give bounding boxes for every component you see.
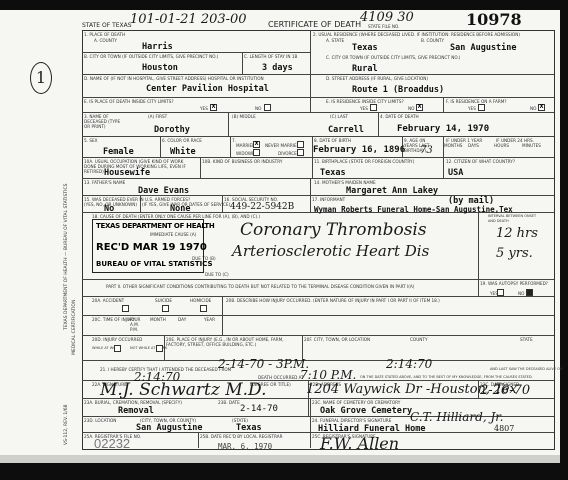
marital-never-label: Never Married (265, 143, 300, 148)
residence-inside-yes-label: YES (360, 106, 368, 111)
hospital-label: d. NAME OF (If not in hospital, give str… (84, 76, 264, 81)
last-saw-label: and last saw the deceased alive on (490, 367, 563, 371)
degree-label: (Degree or title) (250, 382, 291, 387)
page-edge (0, 455, 560, 463)
interval-label: INTERVAL BETWEEN ONSET AND DEATH (488, 214, 538, 224)
certificate-number: 10978 (466, 10, 522, 29)
funeral-director-label: 24. FUNERAL DIRECTOR'S SIGNATURE (312, 418, 391, 423)
handwritten-code: 101-01-21 203-00 (130, 12, 247, 27)
injury-state-label: STATE (520, 337, 533, 342)
location-state-value: Texas (236, 423, 262, 433)
department-side-label: TEXAS DEPARTMENT OF HEALTH — BUREAU OF V… (64, 184, 69, 330)
marital-widowed-checkbox[interactable] (253, 149, 260, 156)
burial-date-label: 23b. DATE (218, 400, 240, 405)
birthplace-label: 11. BIRTHPLACE (State or foreign country… (314, 159, 414, 164)
stamp-department: TEXAS DEPARTMENT OF HEALTH (96, 222, 214, 230)
death-inside-yes-checkbox[interactable]: X (210, 104, 217, 111)
residence-inside-no-checkbox[interactable]: X (416, 104, 423, 111)
mother-label: 14. MOTHER'S MAIDEN NAME (314, 180, 376, 185)
length-of-stay-label: c. LENGTH OF STAY IN 1b (244, 54, 297, 59)
name-of-deceased-label: 3. NAME OF DECEASED (Type or print) (84, 114, 124, 129)
homicide-checkbox[interactable] (200, 305, 207, 312)
race-label: 6. COLOR OR RACE (162, 138, 202, 143)
mother-value: Margaret Ann Lakey (346, 186, 438, 196)
residence-city-value: Rural (352, 64, 378, 74)
death-inside-city-label: e. IS PLACE OF DEATH INSIDE CITY LIMITS? (84, 99, 174, 104)
residence-inside-no-label: NO (408, 106, 414, 111)
due-to-c-label: DUE TO (c) (205, 272, 229, 277)
date-signed-value: 2-26-70 (480, 383, 530, 398)
attended-from-value: 2-14-70 - 3P.M. (218, 357, 309, 371)
form-number-label: VS-112, REV. 1/68 (64, 405, 69, 445)
received-stamp: TEXAS DEPARTMENT OF HEALTH REC'D MAR 19 … (92, 219, 204, 273)
registrar-file-value: 02232 (94, 436, 130, 451)
injury-city-label: 20f. CITY, TOWN, OR LOCATION (304, 337, 370, 342)
ssn-value: 449-22-5942B (230, 202, 294, 212)
stamp-bureau: BUREAU OF VITAL STATISTICS (96, 260, 213, 268)
day-label: Day (178, 317, 186, 322)
dob-value: February 16, 1896 (313, 145, 405, 155)
accident-label: 20a. ACCIDENT (92, 298, 124, 303)
date-recd-value: MAR. 6, 1970 (218, 442, 272, 451)
residence-inside-yes-checkbox[interactable] (370, 104, 377, 111)
death-county-value: Harris (142, 42, 173, 52)
armed-dates-value: None (170, 204, 190, 214)
funeral-home-value: Hilliard Funeral Home (318, 424, 425, 434)
residence-city-label: c. CITY OR TOWN (If outside city limits,… (326, 55, 460, 60)
circled-page-number: 1 (30, 62, 52, 94)
sex-label: 5. SEX (84, 138, 98, 143)
injury-occurred-label: 20d. INJURY OCCURRED (92, 337, 142, 342)
county-label: a. COUNTY (94, 38, 117, 43)
funeral-license-number: 4807 (494, 424, 514, 433)
state-file-handwritten: 4109 30 (360, 10, 414, 25)
residence-county-label: b. COUNTY (421, 38, 444, 43)
marital-married-checkbox[interactable]: X (253, 141, 260, 148)
injury-county-label: COUNTY (410, 337, 428, 342)
death-inside-no-label: NO (255, 106, 261, 111)
death-inside-no-checkbox[interactable] (264, 104, 271, 111)
due-to-b-interval-value: 5 yrs. (496, 246, 533, 261)
middle-name-label: (b) Middle (232, 114, 256, 119)
farm-yes-label: YES (468, 106, 476, 111)
place-of-death-label: 1. PLACE OF DEATH (84, 32, 125, 37)
date-of-death-label: 4. DATE OF DEATH (380, 114, 419, 119)
burial-location-label: 23d. LOCATION (84, 418, 116, 423)
residence-state-value: Texas (352, 43, 378, 53)
residence-inside-city-label: e. IS RESIDENCE INSIDE CITY LIMITS? (326, 99, 404, 104)
death-inside-yes-label: YES (200, 106, 208, 111)
residence-state-label: a. STATE (326, 38, 344, 43)
residence-street-label: d. STREET ADDRESS (If rural, give locati… (326, 76, 428, 81)
residence-street-value: Route 1 (Broaddus) (352, 85, 444, 95)
due-to-b-value: Arteriosclerotic Heart Dis (232, 242, 429, 260)
physician-signature: M.J. Schwartz M.D. (100, 380, 266, 400)
immediate-cause-value: Coronary Thrombosis (240, 220, 427, 240)
under-1-days-label: Days (468, 143, 479, 148)
marital-divorced-checkbox[interactable] (297, 149, 304, 156)
accident-checkbox[interactable] (122, 305, 129, 312)
length-of-stay-value: 3 days (262, 63, 293, 73)
informant-value: Wyman Roberts Funeral Home-San Augustine… (314, 205, 513, 214)
death-city-label: b. CITY OR TOWN (If outside city limits,… (84, 54, 218, 59)
autopsy-label: 19. WAS AUTOPSY PERFORMED? (480, 281, 550, 286)
funeral-director-signature: C.T. Hilliard, Jr. (410, 410, 504, 424)
year-label: Year (204, 317, 215, 322)
autopsy-no-checkbox[interactable] (526, 289, 533, 296)
suicide-checkbox[interactable] (162, 305, 169, 312)
not-while-at-work-checkbox[interactable] (156, 345, 163, 352)
residence-county-value: San Augustine (450, 43, 517, 53)
citizen-value: USA (448, 168, 463, 178)
under-24-minutes-label: Minutes (522, 143, 541, 148)
autopsy-yes-checkbox[interactable] (497, 289, 504, 296)
marital-never-checkbox[interactable] (297, 141, 304, 148)
business-label: 10b. KIND OF BUSINESS OR INDUSTRY (202, 159, 282, 164)
citizen-label: 12. CITIZEN OF WHAT COUNTRY? (446, 159, 515, 164)
disposition-label: 23a. BURIAL, CREMATION, REMOVAL (Specify… (84, 400, 182, 405)
father-label: 13. FATHER'S NAME (84, 180, 125, 185)
death-time-value: 7:10 P.M. (300, 368, 356, 382)
cemetery-value: Oak Grove Cemetery (320, 406, 412, 416)
usual-residence-label: 2. USUAL RESIDENCE (Where deceased lived… (313, 32, 520, 37)
death-city-value: Houston (142, 63, 178, 73)
cemetery-label: 23c. NAME OF CEMETERY OR CREMATORY (312, 400, 400, 405)
date-recd-label: 25b. DATE REC'D BY LOCAL REGISTRAR (200, 434, 283, 439)
hospital-value: Center Pavilion Hospital (146, 84, 269, 94)
farm-label: f. IS RESIDENCE ON A FARM? (446, 99, 507, 104)
age-value: 73 (420, 145, 433, 156)
pm-label: p.m. (130, 327, 138, 332)
first-name-label: (a) First (148, 114, 167, 119)
father-value: Dave Evans (138, 186, 189, 196)
last-name-value: Carrell (328, 125, 364, 135)
under-24-hours-label: Hours (494, 143, 509, 148)
sex-value: Female (103, 147, 134, 157)
state-file-label: STATE FILE NO. (368, 24, 400, 29)
farm-no-checkbox[interactable]: X (538, 104, 545, 111)
homicide-label: HOMICIDE (190, 298, 211, 303)
stamp-received-date: REC'D MAR 19 1970 (96, 242, 207, 253)
medical-side-label: MEDICAL CERTIFICATION (72, 300, 77, 355)
immediate-interval-value: 12 hrs (496, 226, 538, 241)
last-name-label: (c) Last (330, 114, 348, 119)
document-title: CERTIFICATE OF DEATH (268, 20, 361, 29)
occupation-value: Housewife (104, 168, 150, 178)
race-value: White (170, 147, 196, 157)
armed-forces-value: No (104, 204, 114, 214)
month-label: Month (150, 317, 166, 322)
state-label: STATE OF TEXAS (82, 22, 132, 29)
under-1-months-label: Months (444, 143, 462, 148)
date-of-death-value: February 14, 1970 (397, 124, 489, 134)
place-of-injury-label: 20e. PLACE OF INJURY (e.g., in or about … (166, 337, 300, 347)
registrar-signature: F.W. Allen (320, 434, 399, 453)
dob-label: 8. DATE OF BIRTH (314, 138, 351, 143)
while-at-work-checkbox[interactable] (114, 345, 121, 352)
burial-date-value: 2-14-70 (240, 404, 278, 414)
location-city-value: San Augustine (136, 423, 203, 433)
first-name-value: Dorothy (154, 125, 190, 135)
describe-injury-label: 20b. DESCRIBE HOW INJURY OCCURRED. (Ente… (226, 298, 440, 303)
disposition-value: Removal (118, 406, 154, 416)
informant-label: 17. INFORMANT (312, 197, 345, 202)
birthplace-value: Texas (320, 168, 346, 178)
farm-yes-checkbox[interactable] (478, 104, 485, 111)
part2-label: PART II. OTHER SIGNIFICANT CONDITIONS CO… (106, 284, 414, 289)
suicide-label: SUICIDE (155, 298, 172, 303)
to-best-knowledge-label: on the date stated above, and to the bes… (360, 375, 533, 379)
attended-to-value: 2:14:70 (386, 357, 432, 371)
farm-no-label: NO (530, 106, 536, 111)
autopsy-no-label: NO (518, 291, 524, 296)
